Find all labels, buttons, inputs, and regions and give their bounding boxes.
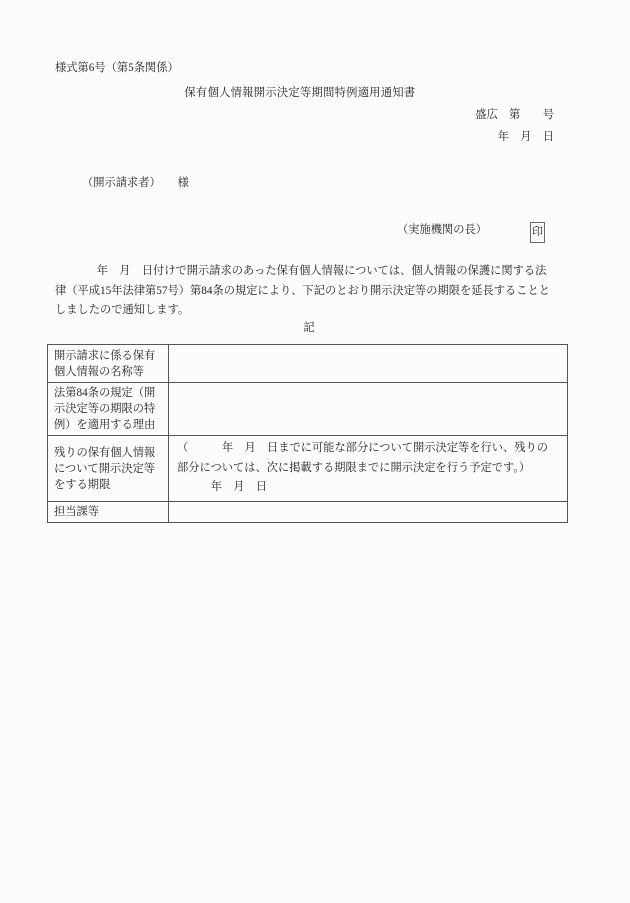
row-value	[169, 345, 568, 383]
label-line: 例）を適用する理由	[54, 417, 163, 433]
body-paragraph: 年 月 日付けで開示請求のあった保有個人情報については、個人情報の保護に関する法…	[55, 262, 571, 321]
row-value	[169, 502, 568, 523]
record-marker: 記	[0, 320, 618, 336]
table-row: 開示請求に係る保有 個人情報の名称等	[48, 345, 568, 383]
issue-date: 年 月 日	[498, 130, 554, 145]
row-label: 法第84条の規定（開 示決定等の期限の特 例）を適用する理由	[48, 383, 169, 436]
value-line: 部分については、次に掲載する期限までに開示決定を行う予定です。）	[177, 459, 563, 479]
table-row: 法第84条の規定（開 示決定等の期限の特 例）を適用する理由	[48, 383, 568, 436]
details-table: 開示請求に係る保有 個人情報の名称等 法第84条の規定（開 示決定等の期限の特 …	[47, 344, 568, 523]
document-page: 様式第6号（第5条関係） 保有個人情報開示決定等期間特例適用通知書 盛広 第 号…	[0, 0, 630, 903]
label-line: 示決定等の期限の特	[54, 401, 163, 417]
label-line: 個人情報の名称等	[54, 364, 163, 380]
label-line: 開示請求に係る保有	[54, 348, 163, 364]
table-row: 担当課等	[48, 502, 568, 523]
row-label: 開示請求に係る保有 個人情報の名称等	[48, 345, 169, 383]
label-line: 残りの保有個人情報	[54, 445, 163, 461]
row-value: （ 年 月 日までに可能な部分について開示決定等を行い、残りの 部分については、…	[169, 436, 568, 502]
label-line: 担当課等	[54, 504, 163, 520]
value-line: （ 年 月 日までに可能な部分について開示決定等を行い、残りの	[177, 439, 563, 459]
row-label: 担当課等	[48, 502, 169, 523]
issuer-label: （実施機関の長）	[397, 223, 487, 238]
seal-mark: 印	[530, 222, 545, 243]
row-label: 残りの保有個人情報 について開示決定等 をする期限	[48, 436, 169, 502]
paragraph-line: 律（平成15年法律第57号）第84条の規定により、下記のとおり開示決定等の期限を…	[55, 282, 571, 302]
label-line: をする期限	[54, 477, 163, 493]
addressee-line: （開示請求者） 様	[82, 176, 189, 191]
value-line: 年 月 日	[177, 478, 563, 498]
paragraph-line: しましたので通知します。	[55, 301, 571, 321]
row-value	[169, 383, 568, 436]
paragraph-line: 年 月 日付けで開示請求のあった保有個人情報については、個人情報の保護に関する法	[55, 262, 571, 282]
label-line: 法第84条の規定（開	[54, 385, 163, 401]
label-line: について開示決定等	[54, 461, 163, 477]
table-row: 残りの保有個人情報 について開示決定等 をする期限 （ 年 月 日までに可能な部…	[48, 436, 568, 502]
document-number: 盛広 第 号	[475, 108, 554, 123]
document-title: 保有個人情報開示決定等期間特例適用通知書	[0, 86, 600, 101]
form-number: 様式第6号（第5条関係）	[55, 61, 179, 76]
